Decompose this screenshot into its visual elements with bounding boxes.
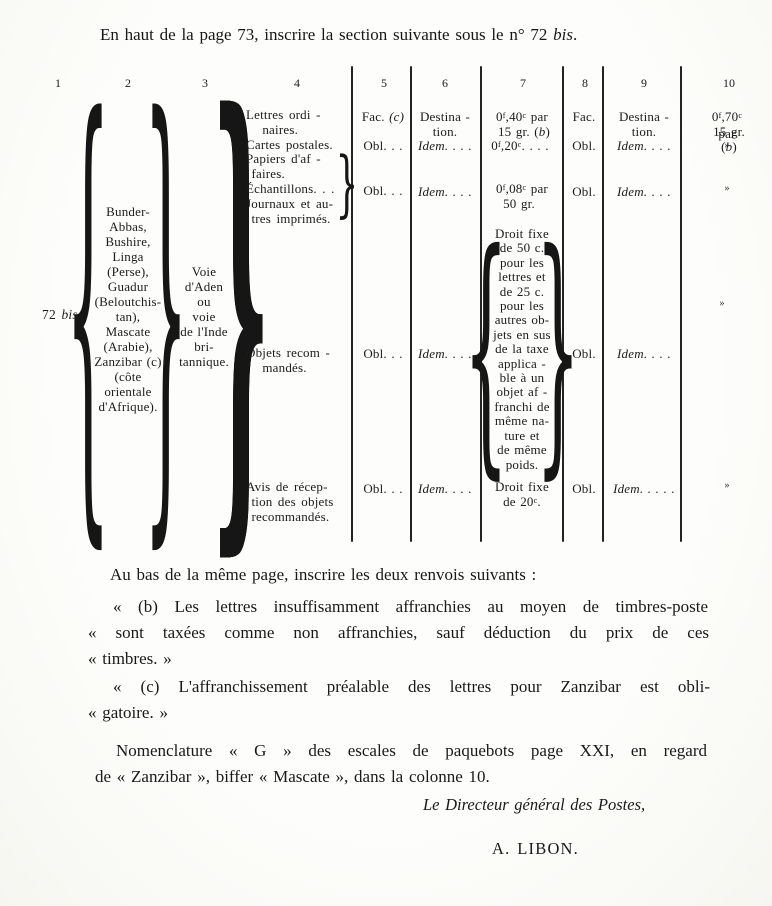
cell-fac-r4: Obl. . . — [363, 346, 402, 361]
cell-dest2-r4: Idem. . . . — [617, 346, 671, 361]
t: ) — [545, 124, 550, 139]
column-number-2: 2 — [125, 76, 131, 91]
column-number-1: 1 — [55, 76, 61, 91]
notes-intro: Au bas de la même page, inscrire les deu… — [110, 565, 536, 585]
cell-dest2-r2: Idem. . . . — [617, 138, 671, 153]
cell-printed-matter: Journaux et au- tres imprimés. — [246, 196, 333, 226]
cell-dest-r1: Destina - tion. — [420, 109, 470, 139]
cell-fac2-r1: Fac. — [573, 109, 596, 124]
ditto-mark: » — [725, 140, 730, 151]
cell-tax1-r1-line2: 15 gr. (b) — [498, 124, 550, 139]
cell-dest-r4: Idem. . . . — [418, 346, 472, 361]
cell-receipt-notice: Avis de récep- tion des objets recommand… — [246, 479, 334, 524]
instruction-bis: bis — [553, 25, 573, 44]
t-sup: f — [503, 111, 506, 120]
t: 0 — [496, 109, 503, 124]
row-id-number: 72 — [42, 307, 61, 322]
column-number-5: 5 — [381, 76, 387, 91]
t: . — [537, 494, 540, 509]
cell-dest2-r3: Idem. . . . — [617, 184, 671, 199]
cell-fac2-r2: Obl. — [572, 138, 596, 153]
t: ,08 — [506, 181, 523, 196]
column-number-9: 9 — [641, 76, 647, 91]
t-sup: c — [518, 140, 522, 149]
instruction-period: . — [573, 25, 577, 44]
cell-tax1-r3-line2: 50 gr. — [503, 196, 535, 211]
column-divider — [410, 66, 412, 542]
cell-dest2-r5: Idem. . . . . — [613, 481, 675, 496]
ditto-mark: » — [725, 183, 730, 194]
column-divider — [602, 66, 604, 542]
t: ,40 — [506, 109, 523, 124]
cell-postcards: Cartes postales. — [246, 137, 333, 152]
cell-tax1-r5: Droit fixe de 20c. — [495, 479, 549, 511]
cell-fac2-r3: Obl. — [572, 184, 596, 199]
t-sup: c — [523, 183, 527, 192]
t-sup: f — [498, 140, 501, 149]
cell-fac-r5: Obl. . . — [363, 481, 402, 496]
row-id-bis: bis. — [61, 307, 81, 322]
column-number-3: 3 — [202, 76, 208, 91]
cell-business-papers: Papiers d'af - faires. — [246, 151, 321, 181]
cell-fac-r2: Obl. . . — [363, 138, 402, 153]
t: par — [526, 109, 548, 124]
t-sup: f — [719, 111, 722, 120]
cell-tax1-r2: 0f,20c. . . . — [491, 138, 548, 155]
column-number-10: 10 — [723, 76, 735, 91]
cell-samples: Échantillons. . . — [246, 181, 335, 196]
column-number-6: 6 — [442, 76, 448, 91]
note-b-line3: « timbres. » — [88, 649, 172, 669]
document-page: En haut de la page 73, inscrire la secti… — [0, 0, 772, 906]
cell-dest-r2: Idem. . . . — [418, 138, 472, 153]
t: ,70 — [721, 109, 738, 124]
t: 0 — [491, 138, 498, 153]
ditto-mark: » — [725, 480, 730, 491]
cell-tax1-r4: Droit fixe de 50 c. pour les lettres et … — [493, 227, 551, 472]
column-number-8: 8 — [582, 76, 588, 91]
brace-category-group: } — [336, 147, 359, 219]
column-number-7: 7 — [520, 76, 526, 91]
note-c-line1: « (c) L'affranchissement préalable des l… — [113, 677, 710, 697]
t-sup: f — [503, 183, 506, 192]
column-number-4: 4 — [294, 76, 300, 91]
t: 0 — [496, 181, 503, 196]
cell-fac-r1: Fac. (c) — [362, 109, 404, 124]
cell-destinations: Bunder- Abbas, Bushire, Linga (Perse), G… — [94, 204, 161, 414]
cell-fac-r3: Obl. . . — [363, 183, 402, 198]
column-divider — [680, 66, 682, 542]
signature-name: A. LIBON. — [492, 839, 579, 859]
t-sup: c — [523, 111, 527, 120]
cell-fac2-r4: Obl. — [572, 346, 596, 361]
nomenclature-line2: de « Zanzibar », biffer « Mascate », dan… — [95, 767, 490, 787]
ditto-mark: » — [720, 298, 725, 309]
note-b-line2: « sont taxées comme non affranchies, sau… — [88, 623, 709, 643]
column-divider — [351, 66, 353, 542]
cell-dest2-r1: Destina - tion. — [619, 109, 669, 139]
t: ,20 — [501, 138, 518, 153]
cell-route: Voie d'Aden ou voie de l'Inde bri- tanni… — [179, 264, 229, 369]
cell-dest-r5: Idem. . . . — [418, 481, 472, 496]
cell-letters: Lettres ordi - naires. — [246, 107, 321, 137]
t-sup: c — [534, 496, 538, 505]
t: . . . . — [522, 138, 549, 153]
t: 15 gr. ( — [498, 124, 539, 139]
t: ) — [732, 139, 737, 154]
note-c-line2: « gatoire. » — [88, 703, 168, 723]
t-it: b — [539, 124, 546, 139]
note-b-line1: « (b) Les lettres insuffisamment affranc… — [113, 597, 708, 617]
cell-row-id: 72 bis. — [42, 307, 81, 322]
t: par — [526, 181, 548, 196]
t-sup: c — [738, 111, 742, 120]
fac-text: Fac. — [362, 109, 389, 124]
cell-dest-r3: Idem. . . . — [418, 184, 472, 199]
cell-fac2-r5: Obl. — [572, 481, 596, 496]
signature-title: Le Directeur général des Postes, — [423, 795, 645, 815]
cell-registered-items: Objets recom - mandés. — [246, 345, 330, 375]
nomenclature-line1: Nomenclature « G » des escales de paqueb… — [116, 741, 707, 761]
fac-note-c: (c) — [389, 109, 404, 124]
